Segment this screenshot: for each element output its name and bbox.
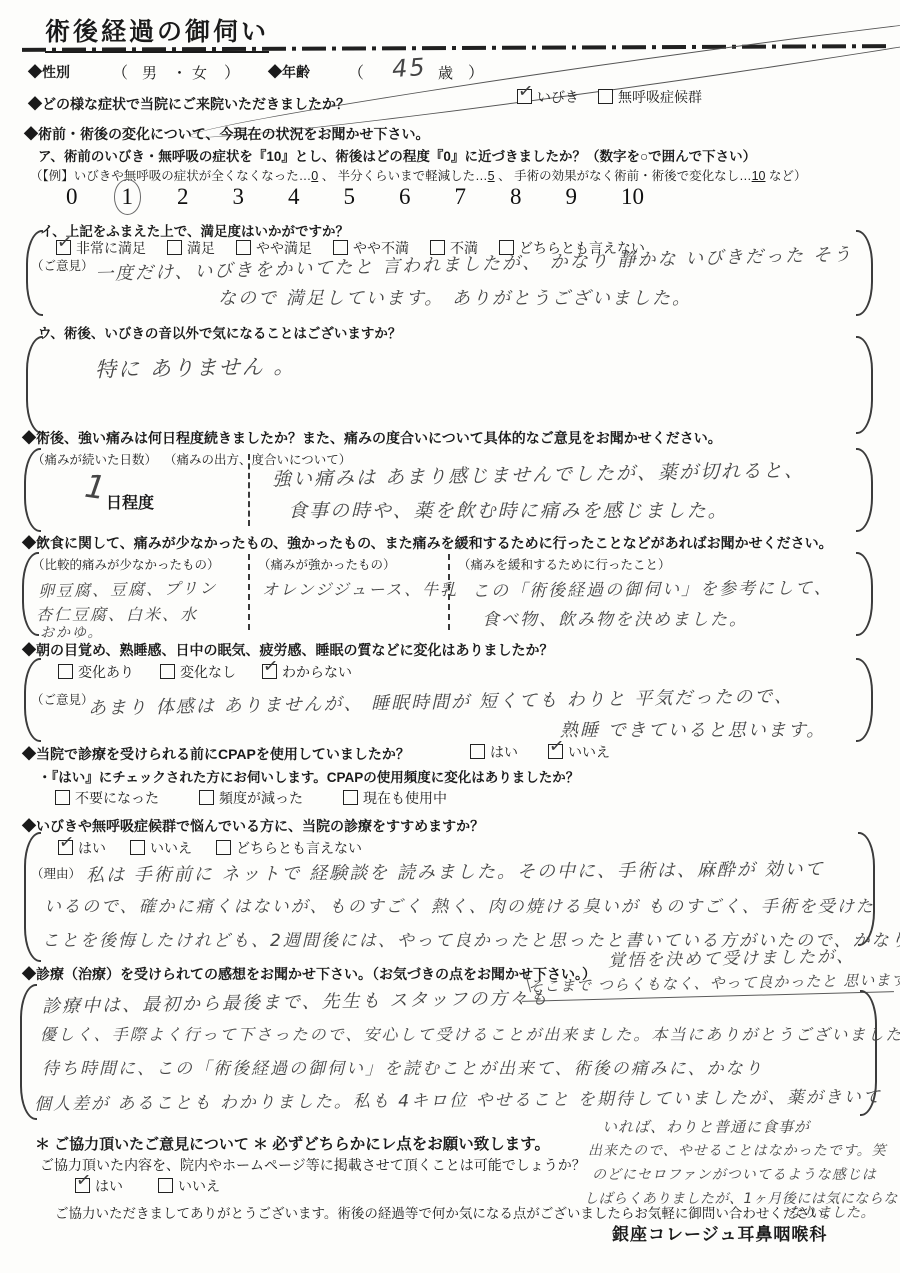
open-paren [24,832,41,962]
scale-number-0[interactable]: 0 [66,184,78,210]
example-five: 5 [488,169,495,183]
checkbox-satisfied[interactable]: 満足 [167,238,215,258]
publish-no-checkbox-icon [158,1178,173,1193]
scale-number-7[interactable]: 7 [455,184,467,210]
close-paren [856,552,873,636]
survey-form-page: 術後経過の御伺い ◆性別 （ 男 ・ 女 ） ◆年齢 （ 45 歳 ） ◆どの様… [0,0,900,1273]
scale-number-8[interactable]: 8 [510,184,522,210]
food-column-divider-1 [248,554,250,630]
very-satisfied-checkbox-icon [56,240,71,255]
checkbox-still-using[interactable]: 現在も使用中 [343,788,447,808]
close-paren [856,658,873,742]
reason-line1: 私は 手術前に ネットで 経験談を 読みました。その中に、手術は、麻酔が 効いて [86,855,825,887]
change-heading: ◆術前・術後の変化について、今現在の状況をお聞かせ下さい。 [24,124,429,144]
cpap-sub-question: ・『はい』にチェックされた方にお伺いします。CPAPの使用頻度に変化はありました… [38,766,579,786]
age-open-paren: （ [348,60,364,83]
impression-line3: 待ち時間に、この「術後経過の御伺い」を読むことが出来て、術後の痛みに、かなり [42,1054,764,1079]
recommend-yes-checkbox-icon [58,840,73,855]
sleep-comment-line2: 熟睡 できていると思います。 [560,716,826,742]
change-example-line: （【例】いびきや無呼吸の症状が全くなくなった…0 、 半分くらいまで軽減した…5… [30,166,806,184]
consent-heading-bold: 必ずどちらかにレ点をお願い致します。 [272,1136,550,1153]
consent-heading: ＊ ご協力頂いたご意見について ＊ 必ずどちらかにレ点をお願い致します。 [35,1132,550,1154]
consent-thanks: ご協力いただきましてありがとうございます。術後の経過等で何か気になる点がございま… [55,1202,837,1222]
no-change-checkbox-icon [160,664,175,679]
no-longer-needed-checkbox-icon [55,790,70,805]
unknown-checkbox-icon [262,664,277,679]
publish-yes-checkbox-icon [75,1178,90,1193]
cpap-yes-checkbox-icon [470,744,485,759]
reason-overflow: 覚悟を決めて受けましたが、 [608,942,855,971]
still-using-label: 現在も使用中 [363,788,447,808]
impression-margin-line3: のどにセロファンがついてるような感じは [592,1164,877,1184]
other-concerns-answer: 特に ありません 。 [95,350,297,384]
impression-line1: 診療中は、最初から最後まで、先生も スタッフの方々も [42,984,550,1019]
food-relief-label: （痛みを緩和するために行ったこと） [458,555,671,573]
change-question-a: ア、術前のいびき・無呼吸の症状を『10』とし、術後はどの程度『0』に近づきました… [38,145,756,165]
food-relief-line1: この「術後経過の御伺い」を参考にして、 [472,573,833,601]
gender-close-paren: ） [224,60,240,83]
food-strong-line1: オレンジジュース、牛乳 [262,577,458,600]
checkbox-very-satisfied[interactable]: 非常に満足 [56,238,146,258]
recommend-no-label: いいえ [150,838,192,858]
scale-number-3[interactable]: 3 [233,184,245,210]
snoring-label: いびき [537,87,579,107]
clinic-name: 銀座コレージュ耳鼻咽喉科 [612,1220,827,1245]
less-frequent-checkbox-icon [199,790,214,805]
close-paren [856,230,873,316]
cpap-question: ◆当院で診療を受けられる前にCPAPを使用していましたか？ [22,744,410,764]
cpap-sub-options: 不要になった 頻度が減った 現在も使用中 [55,788,447,808]
checkbox-cpap-yes[interactable]: はい [470,742,518,762]
scale-row: 012345678910 [66,184,644,210]
food-heading: ◆飲食に関して、痛みが少なかったもの、強かったもの、また痛みを緩和するために行っ… [22,533,833,553]
recommend-neither-checkbox-icon [216,840,231,855]
cpap-no-label: いいえ [568,742,610,762]
changed-checkbox-icon [58,664,73,679]
checkbox-changed[interactable]: 変化あり [58,662,134,682]
food-strong-pain-label: （痛みが強かったもの） [258,555,396,573]
example-part: 、 半分くらいまで軽減した… [318,169,487,183]
scale-number-5[interactable]: 5 [344,184,356,210]
close-paren [856,448,873,532]
recommend-question: ◆いびきや無呼吸症候群で悩んでいる方に、当院の診療をすすめますか？ [22,816,484,836]
apnea-label: 無呼吸症候群 [618,87,702,107]
food-less-line1: 卵豆腐、豆腐、プリン [38,575,218,601]
sleep-options: 変化あり 変化なし わからない [58,662,352,682]
gender-option-male[interactable]: 男 [142,62,157,83]
checkbox-publish-yes[interactable]: はい [75,1176,123,1196]
apnea-checkbox-icon [598,89,613,104]
food-less-pain-label: （比較的痛みが少なかったもの） [32,555,220,573]
no-change-label: 変化なし [180,662,236,682]
gender-label: ◆性別 [28,62,70,82]
pain-days-unit: 日程度 [106,490,154,513]
checkbox-recommend-no[interactable]: いいえ [130,838,192,858]
less-frequent-label: 頻度が減った [219,788,303,808]
recommend-options: はい いいえ どちらとも言えない [58,838,362,858]
gender-open-paren: （ [112,60,128,83]
impression-margin-line1: いれば、わりと普通に食事が [602,1116,810,1137]
other-concerns-question: ウ、術後、いびきの音以外で気になることはございますか？ [38,322,401,342]
sleep-comment-line1: あまり 体感は ありませんが、 睡眠時間が 短くても わりと 平気だったので、 [88,682,794,720]
scale-number-2[interactable]: 2 [177,184,189,210]
no-longer-needed-label: 不要になった [75,788,159,808]
checkbox-cpap-no[interactable]: いいえ [548,742,610,762]
scale-number-1[interactable]: 1 [122,184,134,210]
scale-number-6[interactable]: 6 [399,184,411,210]
scale-number-10[interactable]: 10 [621,184,644,210]
checkbox-no-change[interactable]: 変化なし [160,662,236,682]
close-paren [856,336,873,434]
snoring-checkbox-icon [517,89,532,104]
checkbox-no-longer-needed[interactable]: 不要になった [55,788,159,808]
symptom-question: ◆どの様な症状で当院にご来院いただきましたか？ [28,94,350,114]
example-part: 、 手術の効果がなく術前・術後で変化なし… [495,169,752,183]
pain-days-label: （痛みが続いた日数） [32,450,157,468]
checkbox-snoring[interactable]: いびき [517,87,579,107]
age-value-handwritten: 45 [391,53,427,83]
very-satisfied-label: 非常に満足 [76,238,146,258]
still-using-checkbox-icon [343,790,358,805]
pain-heading: ◆術後、強い痛みは何日程度続きましたか？また、痛みの度合いについて具体的なご意見… [22,428,722,448]
changed-label: 変化あり [78,662,134,682]
gender-separator: ・ [172,62,187,83]
sleep-heading: ◆朝の目覚め、熟睡感、日中の眠気、疲労感、睡眠の質などに変化はありましたか？ [22,640,553,660]
unknown-label: わからない [282,662,352,682]
checkbox-recommend-neither[interactable]: どちらとも言えない [216,838,362,858]
consent-question: ご協力頂いた内容を、院内やホームページ等に掲載させて頂くことは可能でしょうか？ [40,1155,586,1175]
checkbox-publish-no[interactable]: いいえ [158,1176,220,1196]
cpap-no-checkbox-icon [548,744,563,759]
checkbox-apnea[interactable]: 無呼吸症候群 [598,87,702,107]
reason-label: （理由） [31,864,81,882]
example-ten: 10 [752,169,766,183]
food-less-line3: おかゆ。 [40,622,103,642]
reason-line2: いるので、確かに痛くはないが、ものすごく 熱く、肉の焼ける臭いが ものすごく、手… [44,892,875,917]
checkbox-recommend-yes[interactable]: はい [58,838,106,858]
comment-label: （ご意見） [31,690,94,708]
recommend-neither-label: どちらとも言えない [236,838,362,858]
age-close-paren: ） [468,60,484,83]
publish-yes-label: はい [95,1176,123,1196]
somewhat-satisfied-checkbox-icon [236,240,251,255]
satisfaction-question: イ、上記をふまえた上で、満足度はいかがですか？ [40,220,349,240]
comment-label: （ご意見） [31,256,94,274]
satisfaction-comment-line2: なので 満足しています。 ありがとうございました。 [218,284,692,310]
satisfied-checkbox-icon [167,240,182,255]
impression-line2: 優しく、手際よく行って下さったので、安心して受けることが出来ました。本当にありが… [40,1022,900,1045]
recommend-no-checkbox-icon [130,840,145,855]
recommend-yes-label: はい [78,838,106,858]
pain-comment-line2: 食事の時や、薬を飲む時に痛みを感じました。 [288,496,729,523]
pain-comment-line1: 強い痛みは あまり感じませんでしたが、薬が切れると、 [272,455,805,491]
impression-line4: 個人差が あることも わかりました。私も 4キロ位 やせること を期待していまし… [34,1082,882,1114]
scale-number-4[interactable]: 4 [288,184,300,210]
pain-column-divider [248,454,250,526]
consent-heading-plain: ＊ ご協力頂いたご意見について ＊ [35,1136,268,1153]
checkbox-unknown[interactable]: わからない [262,662,352,682]
example-part: など） [765,169,806,183]
impression-heading: ◆診療（治療）を受けられての感想をお聞かせ下さい。（お気づきの点をお聞かせ下さい… [22,964,596,984]
age-label: ◆年齢 [268,62,310,82]
example-part: （【例】いびきや無呼吸の症状が全くなくなった… [30,169,311,183]
publish-no-label: いいえ [178,1176,220,1196]
age-unit: 歳 [438,62,453,83]
scale-number-9[interactable]: 9 [566,184,578,210]
open-paren [26,336,43,434]
impression-margin-line2: 出来たので、やせることはなかったです。笑 [588,1140,887,1160]
cpap-yes-label: はい [490,742,518,762]
satisfied-label: 満足 [187,238,215,258]
checkbox-less-frequent[interactable]: 頻度が減った [199,788,303,808]
food-relief-line2: 食べ物、飲み物を決めました。 [482,605,748,630]
